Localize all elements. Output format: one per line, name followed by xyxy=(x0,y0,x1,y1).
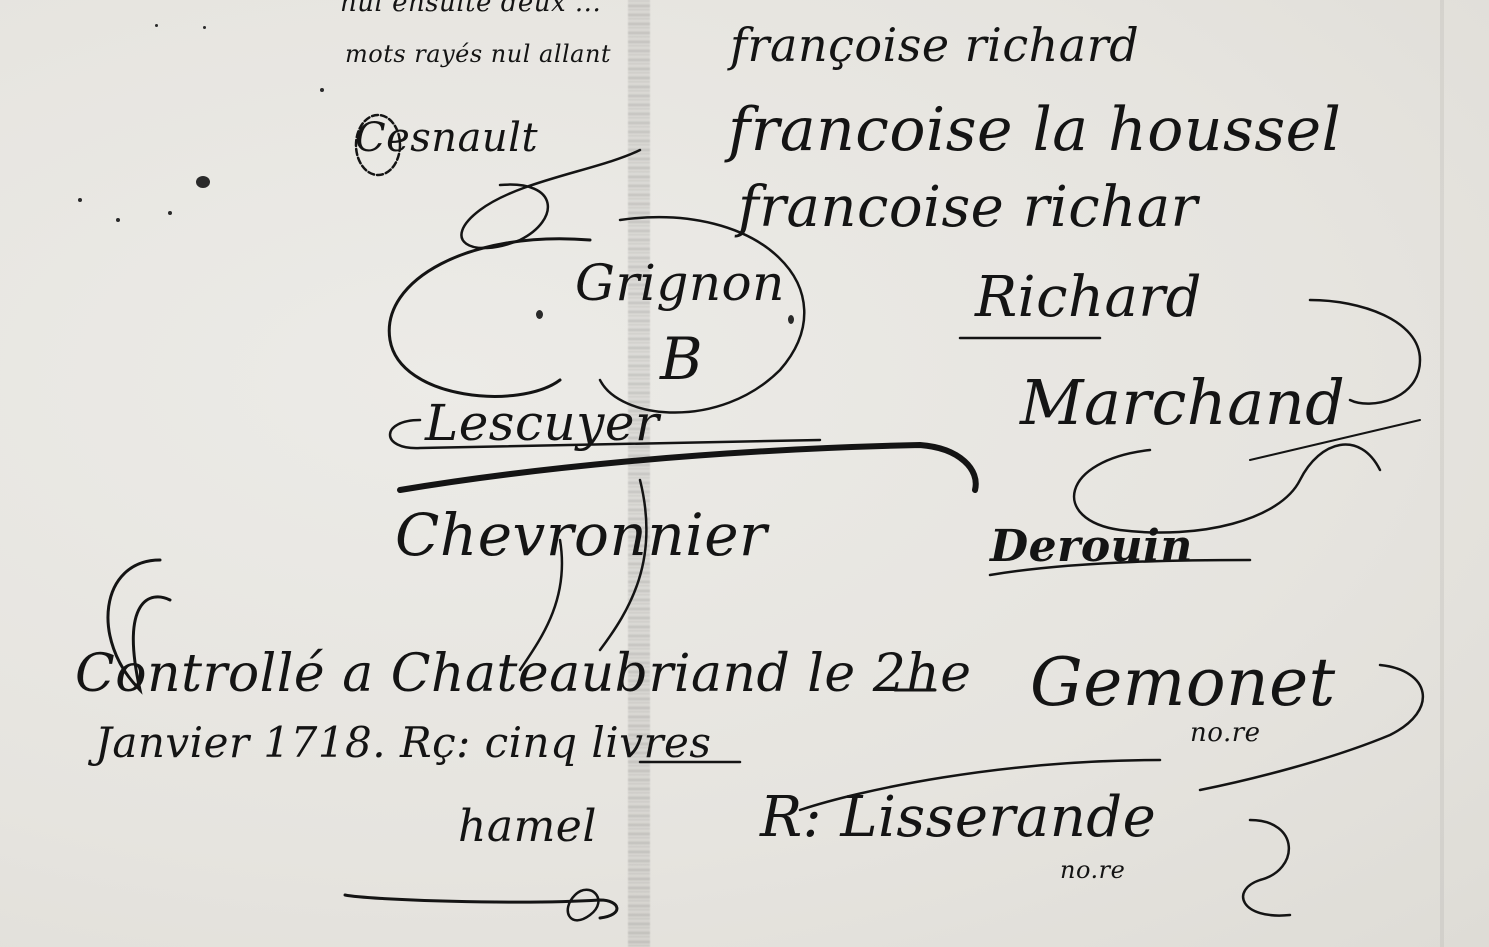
signature-hamel: hamel xyxy=(458,805,597,849)
hamel-paraph xyxy=(345,895,617,918)
signature-lescuyer: Lescuyer xyxy=(425,398,659,448)
ink-speck xyxy=(536,310,543,319)
initials-b: B xyxy=(660,330,703,388)
control-line-1: Controllé a Chateaubriand le 2he xyxy=(75,648,972,700)
ink-speck xyxy=(78,198,82,202)
signature-r-lisserande: R: Lisserande xyxy=(760,790,1156,846)
gemonet-notary-title: no.re xyxy=(1190,720,1261,746)
ink-blot xyxy=(196,176,210,188)
signature-cesnault: Cesnault xyxy=(355,118,538,158)
marchand-paraph xyxy=(1074,445,1380,533)
top-cut-text: nul ensuite deux ... xyxy=(340,0,601,16)
signature-chevronnier: Chevronnier xyxy=(395,506,767,564)
signature-grignon: Grignon xyxy=(575,258,785,308)
hamel-flourish-8 xyxy=(568,890,599,921)
signature-francoise-richard-1: françoise richard xyxy=(730,22,1139,68)
signature-francoise-la-houssel: francoise la houssel xyxy=(728,100,1341,160)
cesnault-paraph xyxy=(461,150,640,248)
ink-speck xyxy=(116,218,120,222)
ink-speck xyxy=(788,315,794,324)
control-line-2: Janvier 1718. Rç: cinq livres xyxy=(95,722,711,764)
ink-speck xyxy=(203,26,206,29)
lisserande-notary-title: no.re xyxy=(1060,858,1125,882)
manuscript-page: nul ensuite deux ... mots rayés nul alla… xyxy=(0,0,1489,947)
signature-marchand: Marchand xyxy=(1020,372,1345,434)
annotation-mots-rayes: mots rayés nul allant xyxy=(345,42,611,66)
ink-speck xyxy=(168,211,172,215)
page-edge-crease xyxy=(1440,0,1444,947)
signature-derouin: Derouin xyxy=(990,525,1193,569)
ink-speck xyxy=(320,88,324,92)
signature-francoise-richar-2: francoise richar xyxy=(738,180,1198,236)
ink-speck xyxy=(155,24,158,27)
signature-gemonet: Gemonet xyxy=(1030,650,1336,716)
grignon-oval-flourish xyxy=(389,239,590,397)
page-fold-crease xyxy=(628,0,650,947)
lisserande-paraph xyxy=(1243,820,1290,916)
signature-richard: Richard xyxy=(975,270,1202,326)
